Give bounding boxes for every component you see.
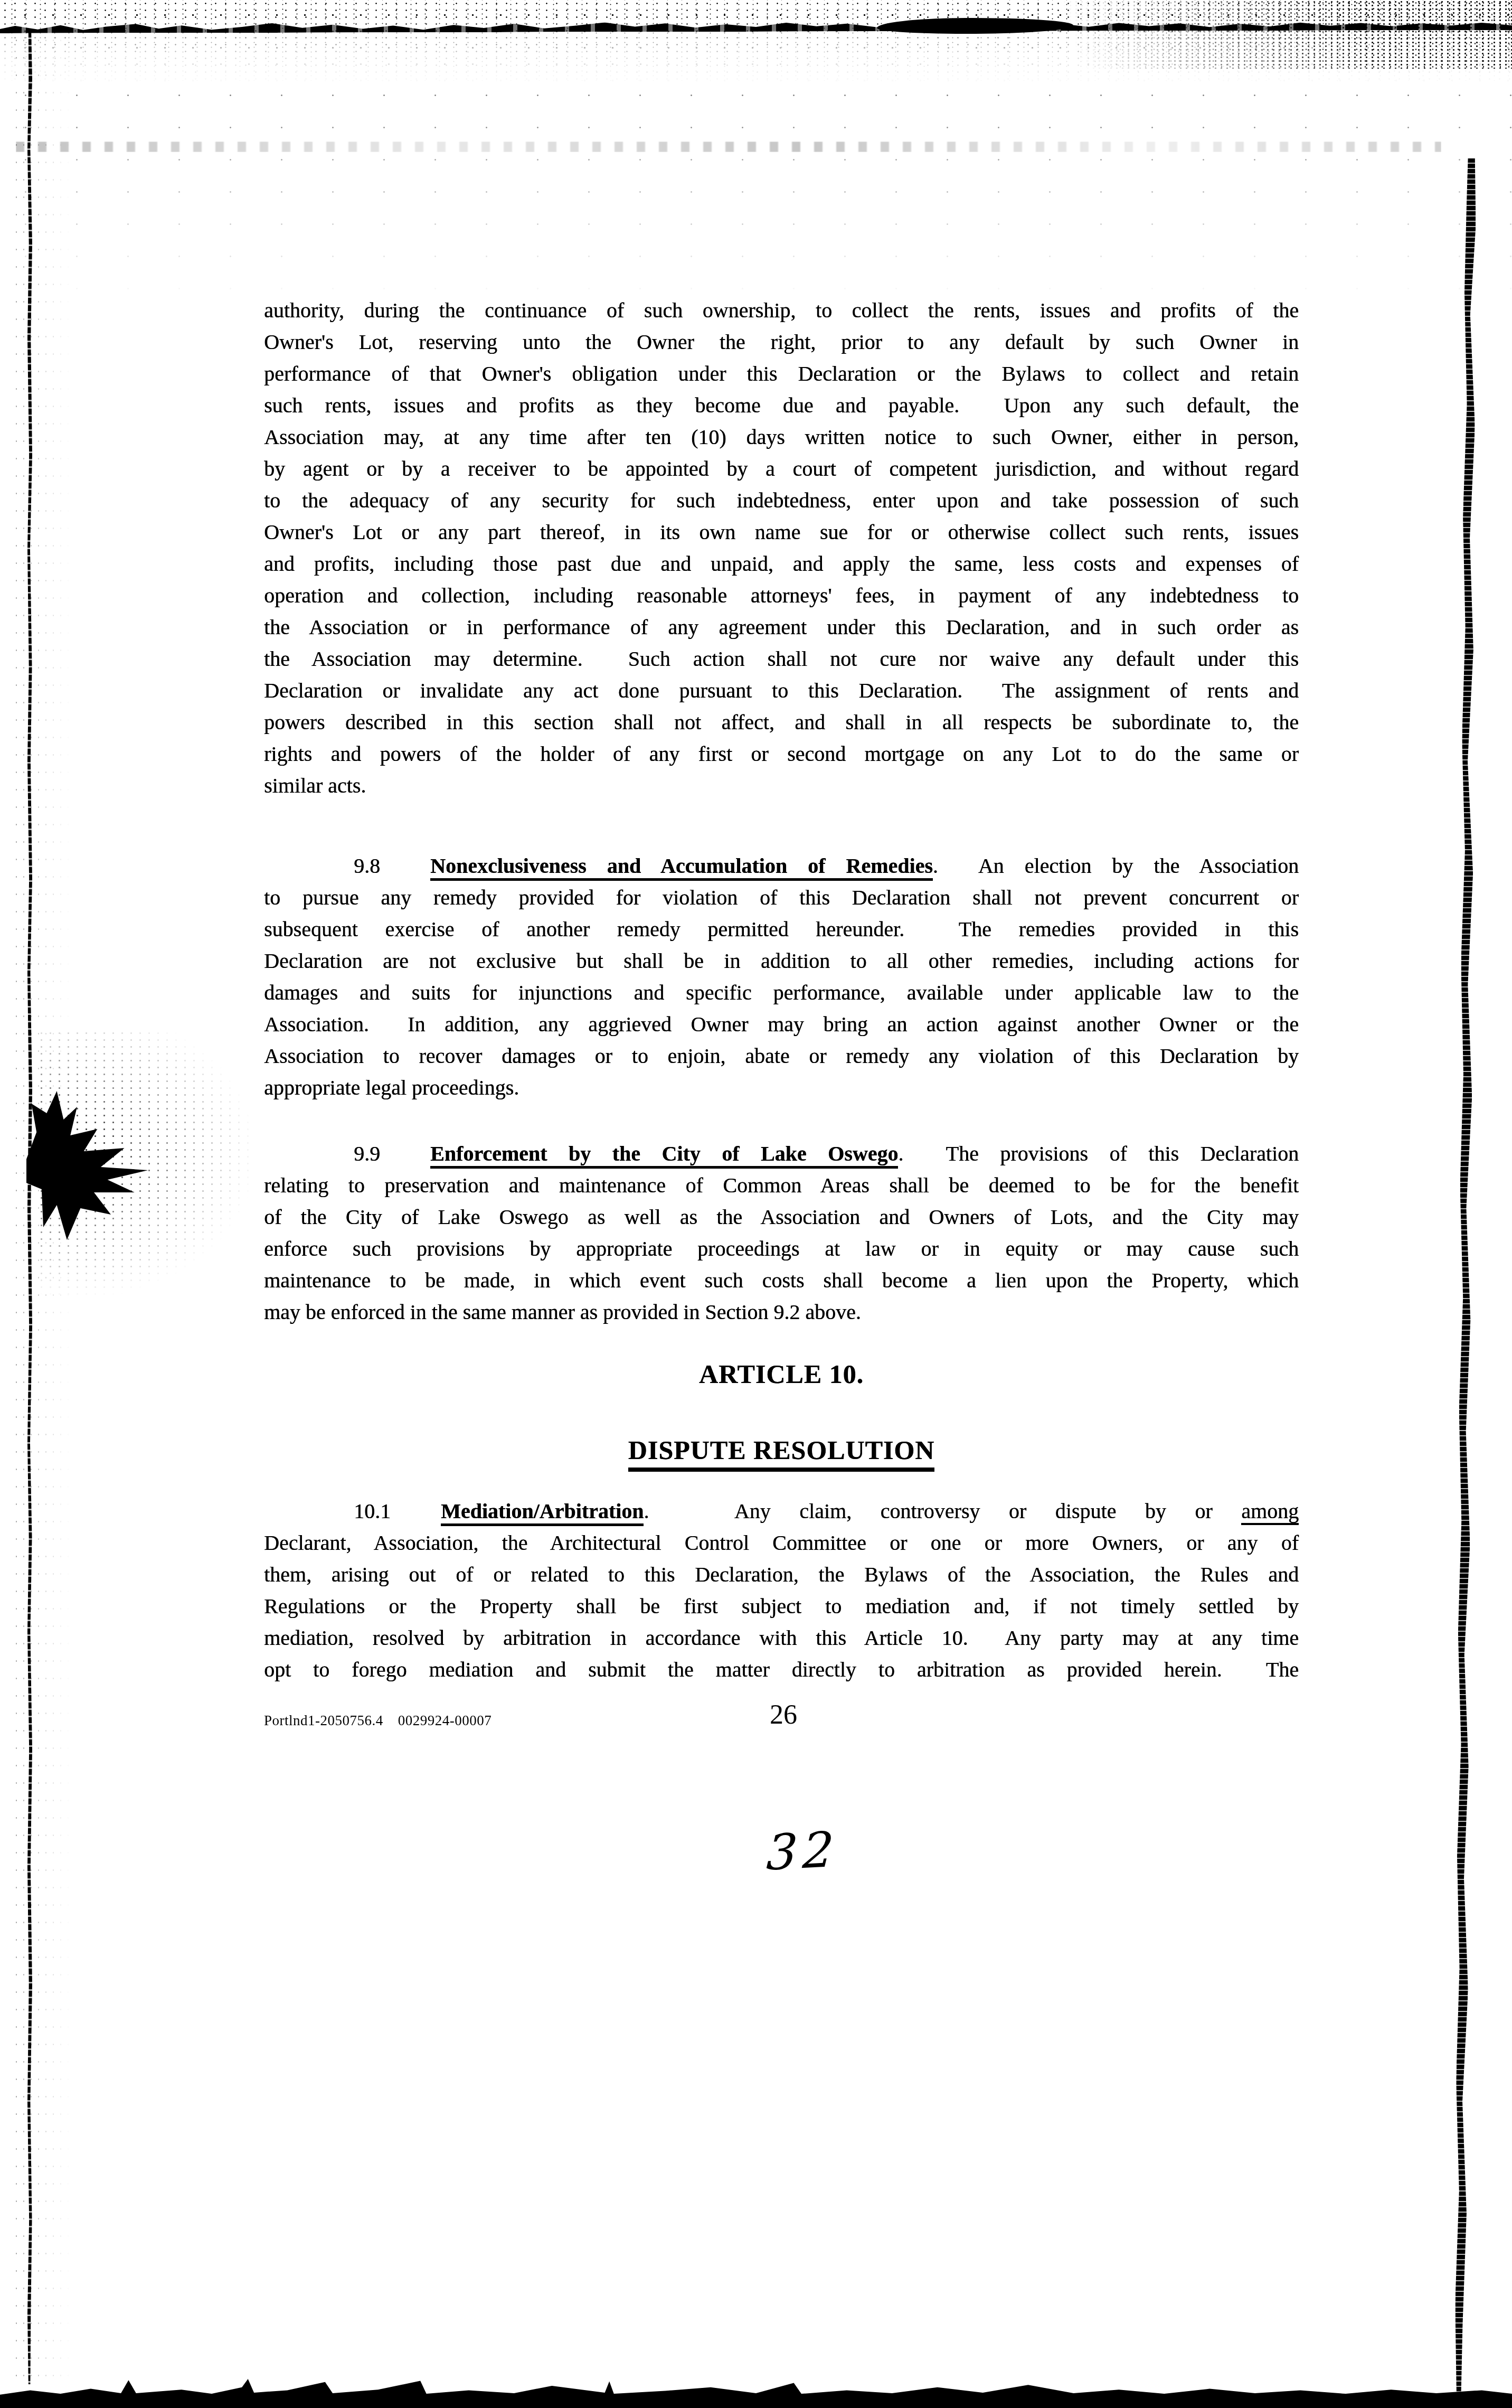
text-line: Declaration are not exclusive but shall … [264,945,1299,977]
text-segment: similar acts. [264,774,366,797]
paragraph-10-1: 10.1Mediation/Arbitration. Any claim, co… [264,1495,1299,1686]
text-segment: such rents, issues and profits as they b… [264,393,1299,417]
text-segment: . The provisions of this Declaration [898,1142,1299,1165]
text-line: them, arising out of or related to this … [264,1559,1299,1591]
text-line: powers described in this section shall n… [264,707,1299,738]
text-line: performance of that Owner's obligation u… [264,358,1299,390]
text-segment: opt to forego mediation and submit the m… [264,1658,1299,1681]
underlined-word: among [1241,1499,1299,1525]
text-line: by agent or by a receiver to be appointe… [264,453,1299,485]
article-10-heading: ARTICLE 10. [264,1357,1299,1391]
text-segment: operation and collection, including reas… [264,584,1299,607]
text-line: damages and suits for injunctions and sp… [264,977,1299,1009]
text-line: 9.8Nonexclusiveness and Accumulation of … [264,850,1299,882]
text-segment: them, arising out of or related to this … [264,1563,1299,1586]
text-line: of the City of Lake Oswego as well as th… [264,1201,1299,1233]
text-segment: performance of that Owner's obligation u… [264,362,1299,385]
text-line: the Association may determine. Such acti… [264,643,1299,675]
text-segment: and profits, including those past due an… [264,552,1299,576]
text-segment: Association. In addition, any aggrieved … [264,1012,1299,1036]
scan-smudge-band [16,142,1441,152]
text-segment: may be enforced in the same manner as pr… [264,1300,861,1324]
text-line: the Association or in performance of any… [264,612,1299,643]
text-segment: Association to recover damages or to enj… [264,1044,1299,1068]
text-line: Owner's Lot, reserving unto the Owner th… [264,326,1299,358]
text-line: mediation, resolved by arbitration in ac… [264,1622,1299,1654]
matter-number: 0029924-00007 [398,1713,492,1728]
text-line: maintenance to be made, in which event s… [264,1265,1299,1296]
page-number: 26 [770,1699,797,1730]
text-segment: to pursue any remedy provided for violat… [264,886,1299,909]
scan-edge-line-top [0,20,1512,33]
text-segment: the Association may determine. Such acti… [264,647,1299,671]
section-number: 10.1 [354,1499,391,1523]
scan-edge-line-right [1455,158,1476,2392]
text-segment: of the City of Lake Oswego as well as th… [264,1205,1299,1229]
text-line: authority, during the continuance of suc… [264,295,1299,326]
ink-blotch-spray [37,1030,264,1304]
scan-noise-top-right [905,0,1512,69]
document-id: Portlnd1-2050756.4 [264,1713,383,1728]
text-line: subsequent exercise of another remedy pe… [264,914,1299,945]
text-segment: maintenance to be made, in which event s… [264,1268,1299,1292]
text-segment: Owner's Lot, reserving unto the Owner th… [264,330,1299,354]
text-line: relating to preservation and maintenance… [264,1170,1299,1201]
ink-blotch-left [26,1088,195,1246]
dispute-resolution-heading: DISPUTE RESOLUTION [264,1433,1299,1467]
scan-edge-blob-top [877,17,1073,34]
heading-text: ARTICLE 10. [699,1359,864,1389]
text-line: opt to forego mediation and submit the m… [264,1654,1299,1686]
text-line: appropriate legal proceedings. [264,1072,1299,1104]
text-segment: Owner's Lot or any part thereof, in its … [264,520,1299,544]
text-segment: relating to preservation and maintenance… [264,1173,1299,1197]
text-line: operation and collection, including reas… [264,580,1299,612]
text-segment: authority, during the continuance of suc… [264,298,1299,322]
text-segment: by agent or by a receiver to be appointe… [264,457,1299,481]
text-line: Owner's Lot or any part thereof, in its … [264,516,1299,548]
text-segment: the Association or in performance of any… [264,615,1299,639]
text-segment: rights and powers of the holder of any f… [264,742,1299,766]
text-segment: . An election by the Association [933,854,1299,878]
heading-text: DISPUTE RESOLUTION [628,1435,935,1472]
paragraph-9-8: 9.8Nonexclusiveness and Accumulation of … [264,850,1299,1104]
text-line: Declaration or invalidate any act done p… [264,675,1299,707]
text-line: Declarant, Association, the Architectura… [264,1527,1299,1559]
text-line: rights and powers of the holder of any f… [264,738,1299,770]
text-line: similar acts. [264,770,1299,802]
paragraph-9-7-continued: authority, during the continuance of suc… [264,295,1299,802]
text-line: may be enforced in the same manner as pr… [264,1296,1299,1328]
text-line: Association to recover damages or to enj… [264,1040,1299,1072]
text-line: 9.9Enforcement by the City of Lake Osweg… [264,1138,1299,1170]
text-segment: Association may, at any time after ten (… [264,425,1299,449]
section-number: 9.9 [354,1142,380,1165]
scanned-page: authority, during the continuance of suc… [0,0,1512,2408]
document-footer: Portlnd1-2050756.40029924-00007 [264,1713,492,1729]
scan-spray-left [13,32,81,2384]
section-number: 9.8 [354,854,380,878]
scan-edge-line-left [27,32,32,2384]
text-segment: Declaration are not exclusive but shall … [264,949,1299,973]
section-heading: Nonexclusiveness and Accumulation of Rem… [430,854,933,881]
text-segment: . Any claim, controversy or dispute by o… [644,1499,1241,1523]
text-line: Regulations or the Property shall be fir… [264,1591,1299,1622]
section-heading: Enforcement by the City of Lake Oswego [430,1142,898,1169]
text-line: such rents, issues and profits as they b… [264,390,1299,421]
text-segment: Regulations or the Property shall be fir… [264,1594,1299,1618]
text-line: enforce such provisions by appropriate p… [264,1233,1299,1265]
text-segment: powers described in this section shall n… [264,710,1299,734]
text-line: 10.1Mediation/Arbitration. Any claim, co… [264,1495,1299,1527]
document-body: authority, during the continuance of suc… [264,295,1299,1686]
paragraph-9-9: 9.9Enforcement by the City of Lake Osweg… [264,1138,1299,1328]
text-segment: appropriate legal proceedings. [264,1076,519,1099]
text-line: Association may, at any time after ten (… [264,421,1299,453]
text-segment: Declaration or invalidate any act done p… [264,679,1299,702]
text-line: to pursue any remedy provided for violat… [264,882,1299,914]
section-heading: Mediation/Arbitration [441,1499,644,1526]
text-segment: Declarant, Association, the Architectura… [264,1531,1299,1555]
text-line: to the adequacy of any security for such… [264,485,1299,516]
scan-noise-top [0,0,1512,84]
text-line: and profits, including those past due an… [264,548,1299,580]
text-segment: subsequent exercise of another remedy pe… [264,917,1299,941]
scan-band-bottom [0,2378,1512,2408]
handwritten-page-number: 32 [765,1821,840,1882]
text-segment: enforce such provisions by appropriate p… [264,1237,1299,1261]
text-segment: to the adequacy of any security for such… [264,488,1299,512]
scan-noise-upper [0,79,1512,306]
text-segment: mediation, resolved by arbitration in ac… [264,1626,1299,1650]
text-line: Association. In addition, any aggrieved … [264,1009,1299,1040]
text-segment: damages and suits for injunctions and sp… [264,981,1299,1004]
